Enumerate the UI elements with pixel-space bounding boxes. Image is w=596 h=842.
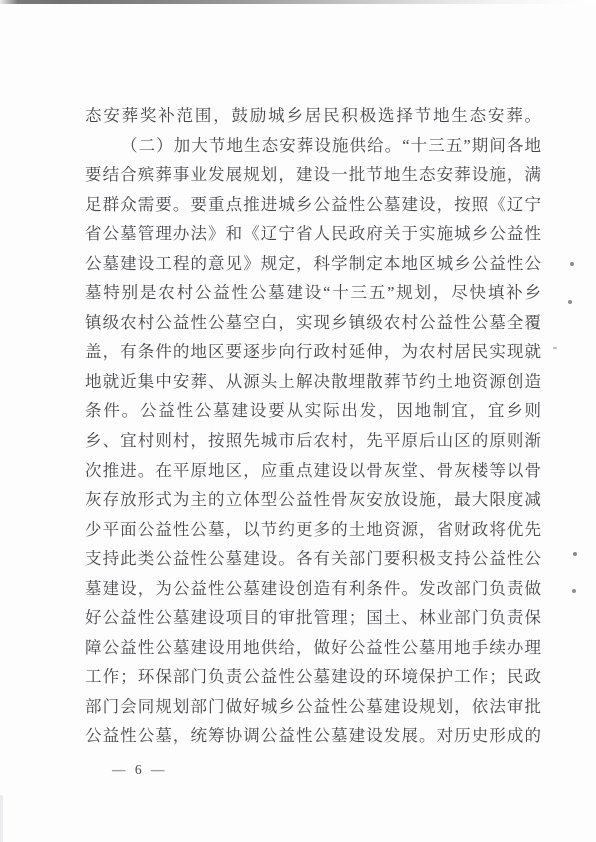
scan-speck [568,300,572,304]
document-line: 镇级农村公益性公墓空白，实现乡镇级农村公益性公墓全覆 [85,308,541,338]
page-number: — 6 — [112,760,182,780]
document-line: 乡、宜村则村，按照先城市后农村，先平原后山区的原则渐 [85,426,541,456]
document-line: 省公墓管理办法》和《辽宁省人民政府关于实施城乡公益性 [85,219,541,249]
document-line: 要结合殡葬事业发展规划，建设一批节地生态安葬设施，满 [85,160,541,190]
document-line: 地就近集中安葬、从源头上解决散埋散葬节约土地资源创造 [85,367,541,397]
scan-edge-artifact [0,795,3,842]
document-line: 墓建设，为公益性公墓建设创造有利条件。发改部门负责做 [85,574,541,604]
document-line: （二）加大节地生态安葬设施供给。“十三五”期间各地 [85,131,541,161]
scan-speck [570,262,574,266]
scan-speck [572,589,576,593]
document-page: 态安葬奖补范围，鼓励城乡居民积极选择节地生态安葬。 （二）加大节地生态安葬设施供… [0,0,596,842]
document-line: 足群众需要。要重点推进城乡公益性公墓建设，按照《辽宁 [85,190,541,220]
document-line: 障公益性公墓建设用地供给，做好公益性公墓用地手续办理 [85,633,541,663]
document-line: 工作；环保部门负责公益性公墓建设的环境保护工作；民政 [85,662,541,692]
document-line: 条件。公益性公墓建设要从实际出发，因地制宜，宜乡则 [85,396,541,426]
document-line: 支持此类公益性公墓建设。各有关部门要积极支持公益性公 [85,544,541,574]
scan-speck [553,347,557,349]
document-line: 公益性公墓，统筹协调公益性公墓建设发展。对历史形成的 [85,721,541,751]
document-line: 次推进。在平原地区，应重点建设以骨灰堂、骨灰楼等以骨 [85,456,541,486]
document-line: 灰存放形式为主的立体型公益性骨灰安放设施，最大限度减 [85,485,541,515]
document-line: 好公益性公墓建设项目的审批管理；国土、林业部门负责保 [85,603,541,633]
document-line: 部门会同规划部门做好城乡公益性公墓建设规划，依法审批 [85,692,541,722]
document-line: 盖，有条件的地区要逐步向行政村延伸，为农村居民实现就 [85,337,541,367]
document-line: 少平面公益性公墓，以节约更多的土地资源，省财政将优先 [85,515,541,545]
document-line: 墓特别是农村公益性公墓建设“十三五”规划，尽快填补乡 [85,278,541,308]
document-line: 公墓建设工程的意见》规定，科学制定本地区城乡公益性公 [85,249,541,279]
scan-edge-artifact [0,0,596,4]
scan-speck [573,552,577,556]
document-line: 态安葬奖补范围，鼓励城乡居民积极选择节地生态安葬。 [85,101,541,131]
document-body: 态安葬奖补范围，鼓励城乡居民积极选择节地生态安葬。 （二）加大节地生态安葬设施供… [85,101,541,751]
